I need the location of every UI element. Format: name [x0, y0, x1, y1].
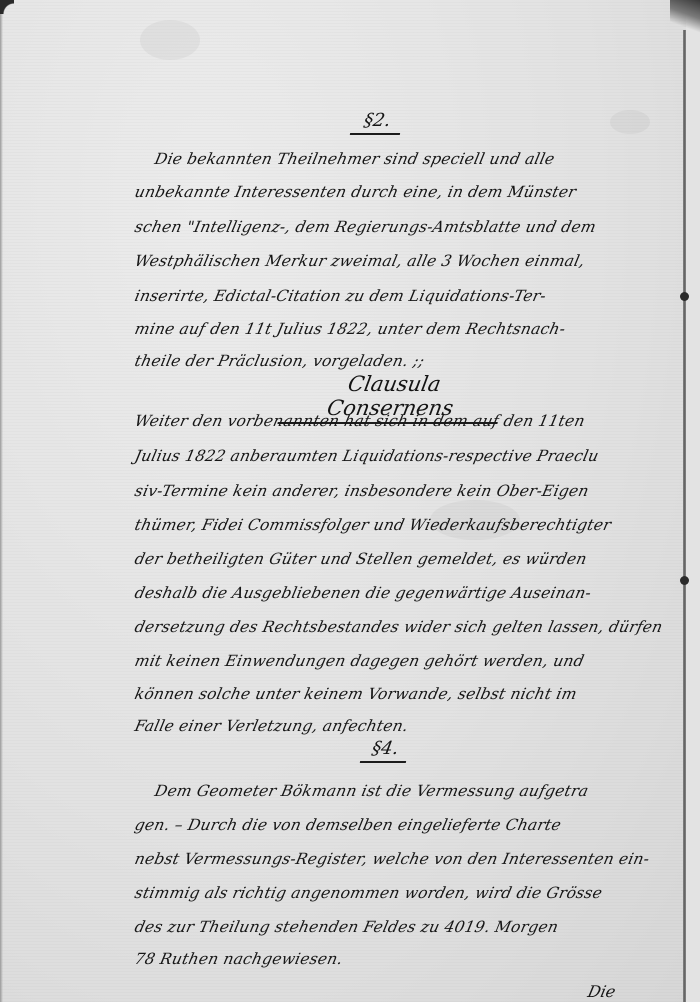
section-heading-text: §4. [370, 738, 400, 759]
paper-stain [610, 110, 650, 134]
adjacent-page-strip [686, 0, 700, 1002]
text-line: Westphälischen Merkur zweimal, alle 3 Wo… [133, 252, 586, 270]
text-line: siv-Termine kein anderer, insbesondere k… [133, 482, 590, 500]
binding-fold-line [683, 30, 686, 1002]
text-line: 78 Ruthen nachgewiesen. [133, 950, 344, 968]
text-line: des zur Theilung stehenden Feldes zu 401… [133, 918, 560, 936]
text-line: Weiter den vorbenannten hat sich in dem … [133, 412, 587, 430]
text-line: thümer, Fidei Commissfolger und Wiederka… [133, 516, 613, 534]
text-line: können solche unter keinem Vorwande, sel… [133, 685, 578, 703]
paper-stain [140, 20, 200, 60]
text-line: unbekannte Interessenten durch eine, in … [133, 183, 578, 201]
text-line: Dem Geometer Bökmann ist die Vermessung … [153, 782, 590, 800]
page-left-edge [0, 0, 3, 1002]
page-corner-shadow [0, 0, 14, 14]
heading-underline [360, 761, 406, 763]
text-line: theile der Präclusion, vorgeladen. ;; [133, 352, 426, 370]
text-line: nebst Vermessungs-Register, welche von d… [133, 850, 651, 868]
binding-stitch-mark [680, 576, 689, 585]
text-line: inserirte, Edictal-Citation zu dem Liqui… [133, 287, 548, 305]
manuscript-page: §2. Die bekannten Theilnehmer sind speci… [0, 0, 700, 1002]
section-heading: §2. [350, 110, 404, 135]
section-heading: §4. [360, 738, 410, 763]
heading-underline [350, 133, 400, 135]
text-line: deshalb die Ausgebliebenen die gegenwärt… [133, 584, 593, 602]
text-line: stimmig als richtig angenommen worden, w… [133, 884, 604, 902]
text-line: schen "Intelligenz-, dem Regierungs-Amts… [133, 218, 598, 236]
binding-fold-shadow [670, 0, 700, 36]
text-line: Die bekannten Theilnehmer sind speciell … [153, 150, 556, 168]
binding-stitch-mark [680, 292, 689, 301]
text-line: der betheiligten Güter und Stellen gemel… [133, 550, 588, 568]
text-line: mine auf den 11t Julius 1822, unter dem … [133, 320, 567, 338]
text-line: mit keinen Einwendungen dagegen gehört w… [133, 652, 586, 670]
section-heading-text: §2. [362, 110, 392, 131]
text-line: Falle einer Verletzung, anfechten. [133, 717, 410, 735]
catchword: Die [586, 982, 617, 1001]
text-line: gen. – Durch die von demselben eingelief… [133, 816, 563, 834]
text-line: dersetzung des Rechtsbestandes wider sic… [133, 618, 664, 636]
text-line: Julius 1822 anberaumten Liquidations-res… [133, 447, 600, 465]
